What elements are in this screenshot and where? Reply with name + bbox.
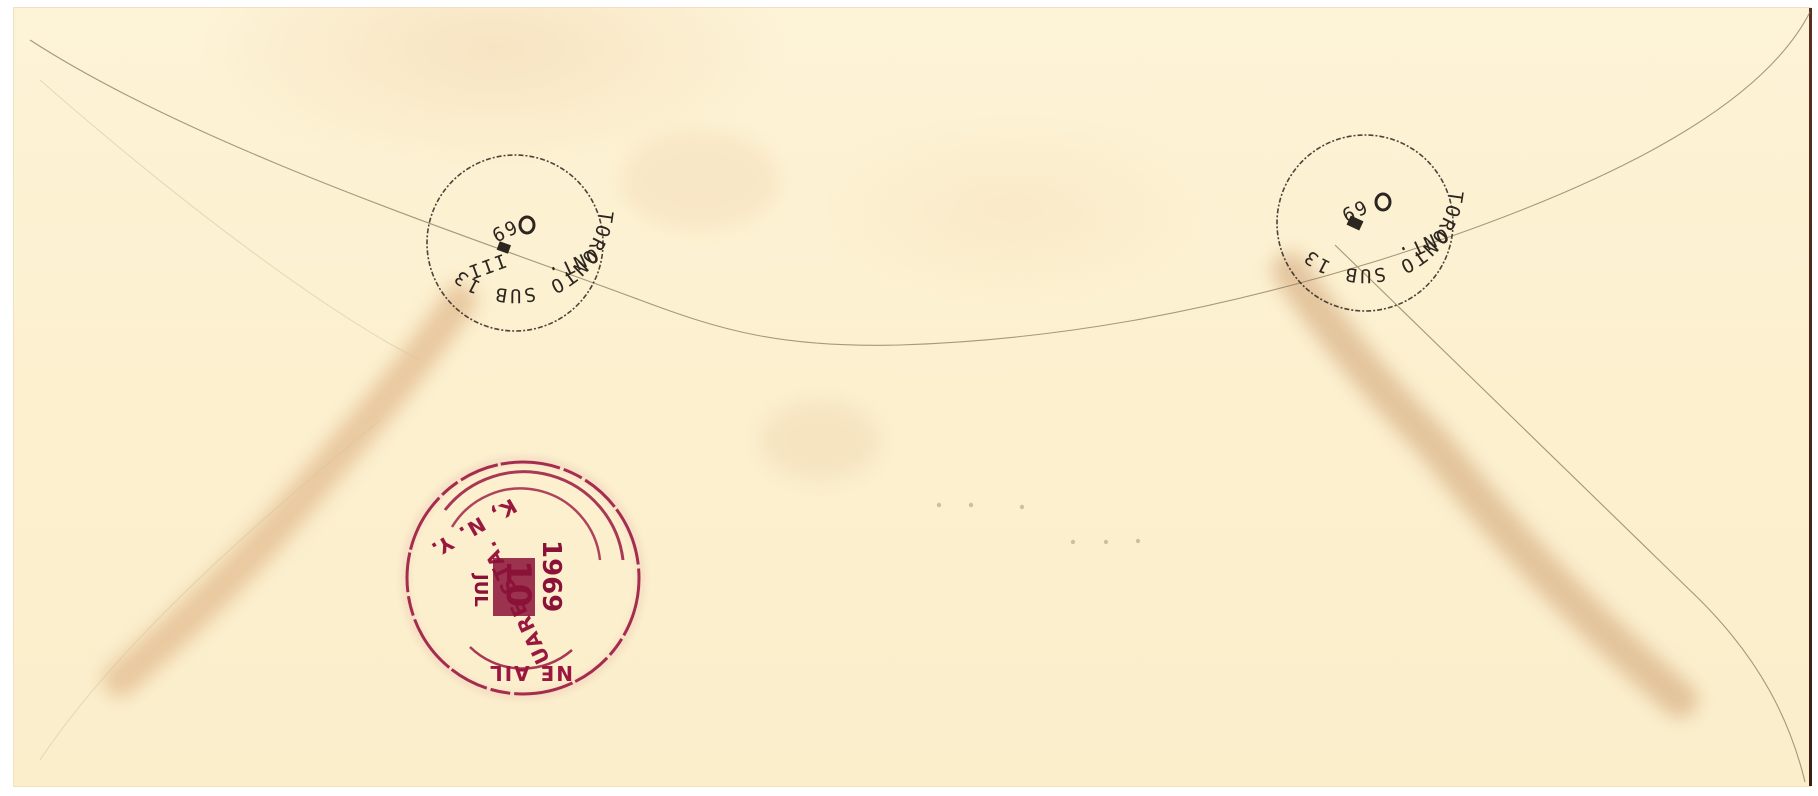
postmark-ring-bottom: NE AIL <box>488 661 573 685</box>
faint-stain-center <box>620 130 880 480</box>
glue-stain-left <box>120 300 460 680</box>
dots-marks <box>937 503 1140 544</box>
postmark-day: 10 <box>498 560 538 607</box>
postmark-year: 69 <box>486 215 520 246</box>
postmark-month: JUL <box>470 572 491 607</box>
postmark-year: 1969 <box>536 540 566 612</box>
postmark-new-york: K, N. Y. UARE STA. NE AIL 10 1969 JUL <box>405 460 641 696</box>
envelope-artwork: TORONTO SUB 13 ONT. 69 III TORONTO SUB 1… <box>0 0 1818 796</box>
postmark-month-mark: III <box>464 249 509 283</box>
flap-fold-lines <box>30 12 1810 782</box>
glue-stain-right <box>1290 270 1680 700</box>
